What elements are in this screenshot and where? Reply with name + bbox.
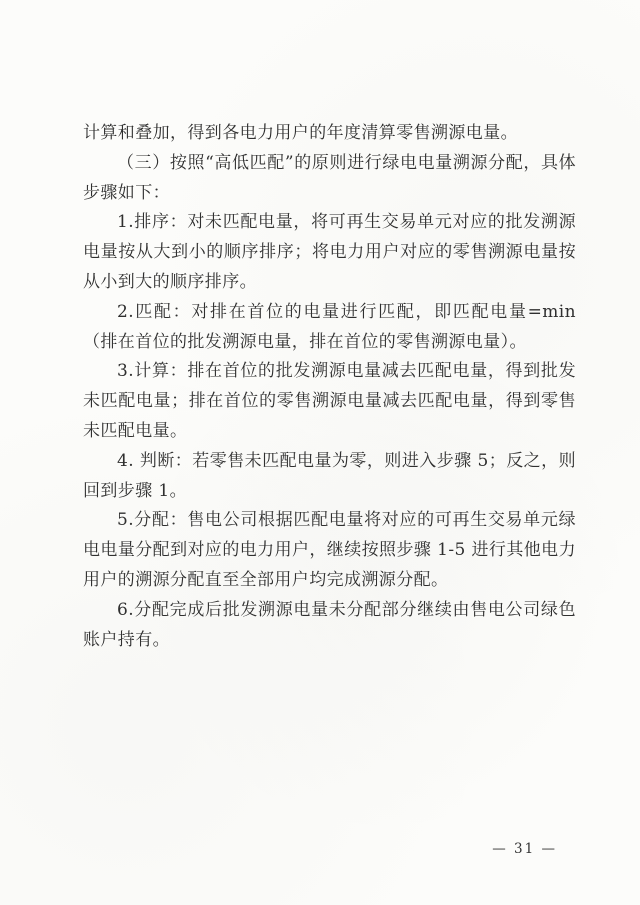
paragraph-step-6-remainder: 6.分配完成后批发溯源电量未分配部分继续由售电公司绿色账户持有。	[83, 596, 576, 656]
paragraph-section-3-heading: （三）按照“高低匹配”的原则进行绿电电量溯源分配，具体步骤如下：	[83, 149, 576, 209]
page-footer: — 31 —	[492, 840, 557, 858]
document-body: 计算和叠加，得到各电力用户的年度清算零售溯源电量。 （三）按照“高低匹配”的原则…	[83, 119, 576, 655]
paragraph-step-3-calculation: 3.计算：排在首位的批发溯源电量减去匹配电量，得到批发未匹配电量；排在首位的零售…	[83, 357, 576, 446]
page-number: — 31 —	[492, 841, 557, 857]
paragraph-step-4-judgment: 4. 判断：若零售未匹配电量为零，则进入步骤 5；反之，则回到步骤 1。	[83, 447, 576, 507]
paragraph-step-1-sorting: 1.排序：对未匹配电量，将可再生交易单元对应的批发溯源电量按从大到小的顺序排序；…	[83, 208, 576, 297]
scanned-document-page: 计算和叠加，得到各电力用户的年度清算零售溯源电量。 （三）按照“高低匹配”的原则…	[0, 0, 640, 905]
paragraph-step-2-matching: 2.匹配：对排在首位的电量进行匹配，即匹配电量=min（排在首位的批发溯源电量，…	[83, 298, 576, 358]
paragraph-clearing-summary: 计算和叠加，得到各电力用户的年度清算零售溯源电量。	[83, 119, 576, 149]
paragraph-step-5-allocation: 5.分配：售电公司根据匹配电量将对应的可再生交易单元绿电电量分配到对应的电力用户…	[83, 506, 576, 595]
